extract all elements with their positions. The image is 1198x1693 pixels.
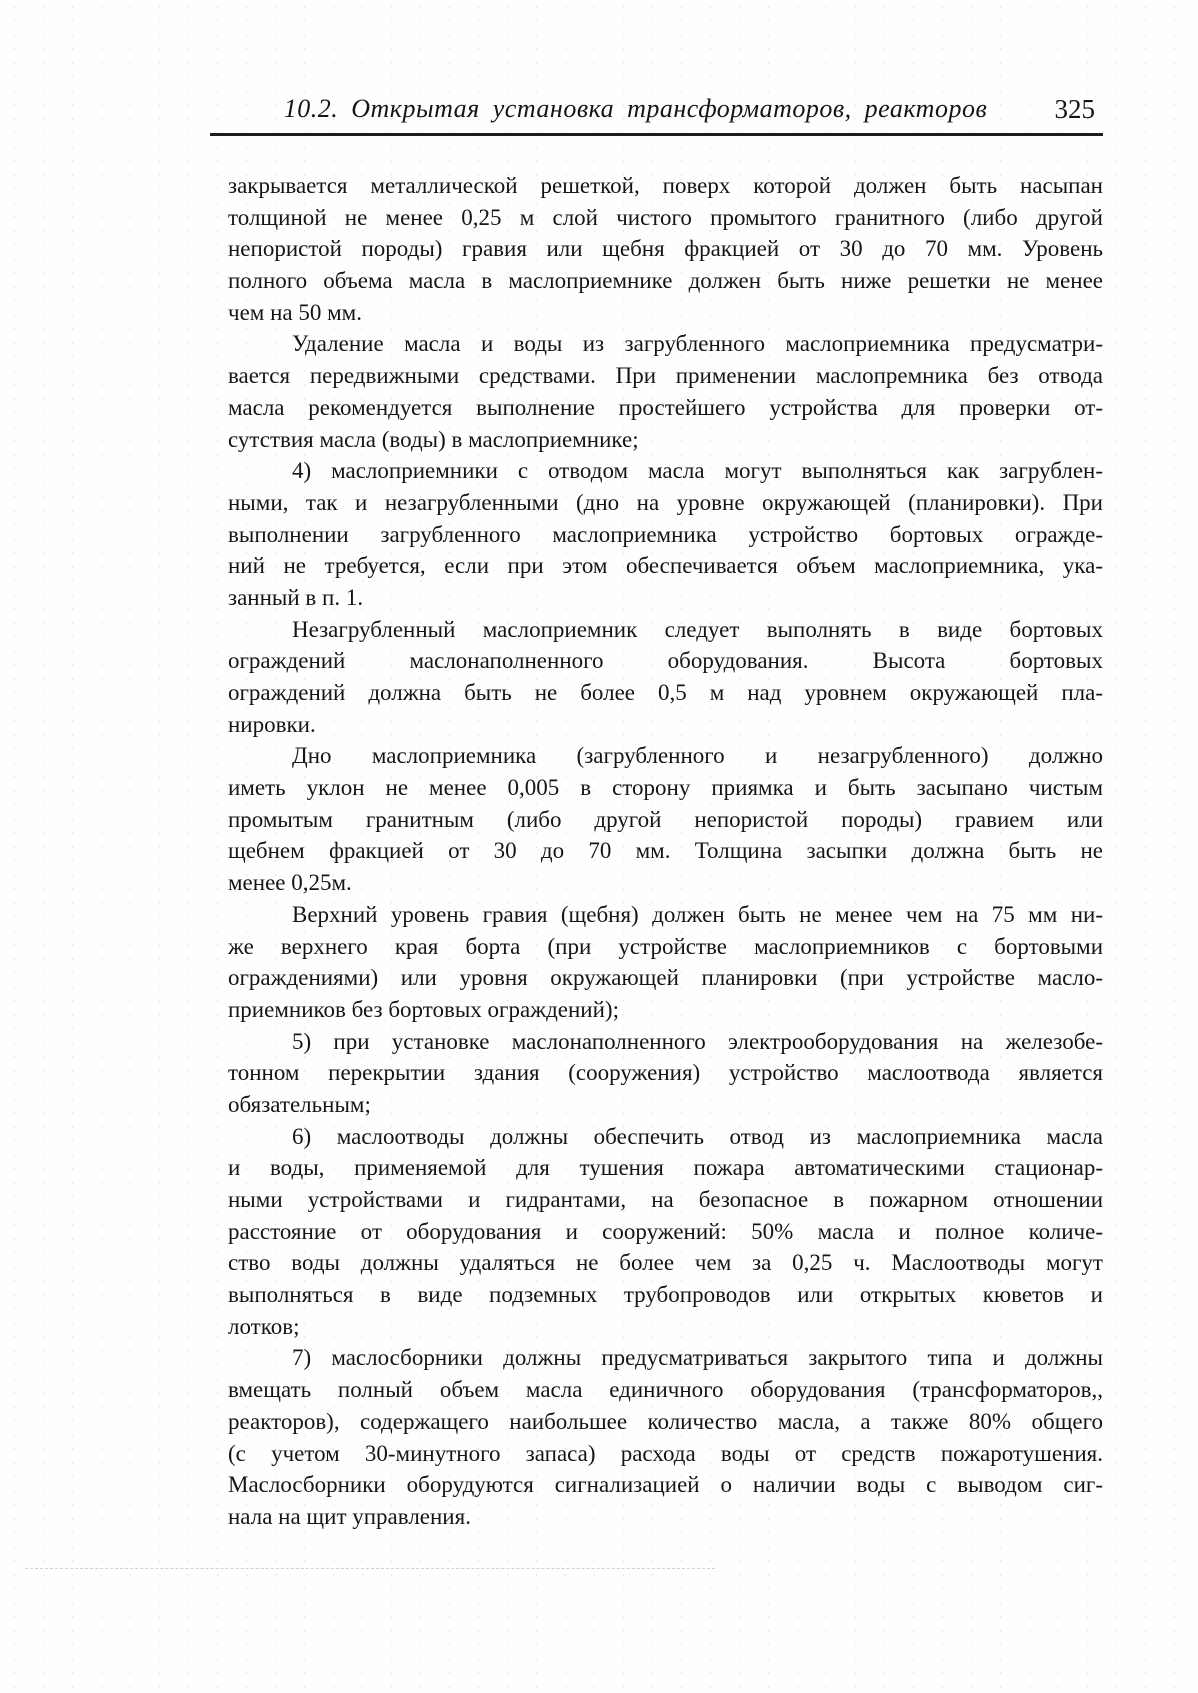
text-line: Незагрубленный маслоприемник следует вып… xyxy=(228,614,1103,646)
section-title: 10.2. Открытая установка трансформаторов… xyxy=(228,94,1043,124)
text-line: менее 0,25м. xyxy=(228,867,1103,899)
text-line: вается передвижными средствами. При прим… xyxy=(228,360,1103,392)
text-line: ограждений маслонаполненного оборудовани… xyxy=(228,645,1103,677)
text-line: ными, так и незагрубленными (дно на уров… xyxy=(228,487,1103,519)
header-rule xyxy=(210,133,1103,136)
text-line: промытым гранитным (либо другой непорист… xyxy=(228,804,1103,836)
text-line: 5) при установке маслонаполненного элект… xyxy=(228,1026,1103,1058)
text-line: сутствия масла (воды) в маслоприемнике; xyxy=(228,424,1103,456)
scanned-book-page: 10.2. Открытая установка трансформаторов… xyxy=(0,0,1198,1693)
scan-artifact-line xyxy=(25,1568,715,1569)
paragraph: Незагрубленный маслоприемник следует вып… xyxy=(228,614,1103,741)
text-line: Верхний уровень гравия (щебня) должен бы… xyxy=(228,899,1103,931)
text-line: расстояние от оборудования и сооружений:… xyxy=(228,1216,1103,1248)
text-line: ными устройствами и гидрантами, на безоп… xyxy=(228,1184,1103,1216)
page-header: 10.2. Открытая установка трансформаторов… xyxy=(228,94,1103,128)
text-line: Маслосборники оборудуются сигнализацией … xyxy=(228,1469,1103,1501)
text-line: чем на 50 мм. xyxy=(228,297,1103,329)
text-line: нала на щит управления. xyxy=(228,1501,1103,1533)
text-line: 7) маслосборники должны предусматриватьс… xyxy=(228,1342,1103,1374)
text-line: занный в п. 1. xyxy=(228,582,1103,614)
paragraph: Удаление масла и воды из загрубленного м… xyxy=(228,328,1103,455)
paragraph: 6) маслоотводы должны обеспечить отвод и… xyxy=(228,1121,1103,1343)
paragraph: Дно маслоприемника (загрубленного и неза… xyxy=(228,740,1103,898)
text-line: (с учетом 30-минутного запаса) расхода в… xyxy=(228,1438,1103,1470)
page-number: 325 xyxy=(1055,94,1096,125)
text-line: Дно маслоприемника (загрубленного и неза… xyxy=(228,740,1103,772)
text-line: приемников без бортовых ограждений); xyxy=(228,994,1103,1026)
paragraph: 4) маслоприемники с отводом масла могут … xyxy=(228,455,1103,613)
text-line: ний не требуется, если при этом обеспечи… xyxy=(228,550,1103,582)
text-line: обязательным; xyxy=(228,1089,1103,1121)
text-line: ство воды должны удаляться не более чем … xyxy=(228,1247,1103,1279)
paragraph: 7) маслосборники должны предусматриватьс… xyxy=(228,1342,1103,1532)
text-line: Удаление масла и воды из загрубленного м… xyxy=(228,328,1103,360)
text-line: ограждениями) или уровня окружающей план… xyxy=(228,962,1103,994)
paragraph: закрывается металлической решеткой, пове… xyxy=(228,170,1103,328)
text-line: реакторов), содержащего наибольшее колич… xyxy=(228,1406,1103,1438)
text-line: выполнении загрубленного маслоприемника … xyxy=(228,519,1103,551)
text-line: 6) маслоотводы должны обеспечить отвод и… xyxy=(228,1121,1103,1153)
text-line: нировки. xyxy=(228,709,1103,741)
text-line: лотков; xyxy=(228,1311,1103,1343)
paragraph: Верхний уровень гравия (щебня) должен бы… xyxy=(228,899,1103,1026)
text-line: 4) маслоприемники с отводом масла могут … xyxy=(228,455,1103,487)
text-line: непористой породы) гравия или щебня фрак… xyxy=(228,233,1103,265)
page-body: закрывается металлической решеткой, пове… xyxy=(228,170,1103,1533)
text-line: же верхнего края борта (при устройстве м… xyxy=(228,931,1103,963)
text-line: ограждений должна быть не более 0,5 м на… xyxy=(228,677,1103,709)
text-line: масла рекомендуется выполнение простейше… xyxy=(228,392,1103,424)
paragraph: 5) при установке маслонаполненного элект… xyxy=(228,1026,1103,1121)
text-line: щебнем фракцией от 30 до 70 мм. Толщина … xyxy=(228,835,1103,867)
text-line: вмещать полный объем масла единичного об… xyxy=(228,1374,1103,1406)
text-line: и воды, применяемой для тушения пожара а… xyxy=(228,1152,1103,1184)
text-line: закрывается металлической решеткой, пове… xyxy=(228,170,1103,202)
text-line: иметь уклон не менее 0,005 в сторону при… xyxy=(228,772,1103,804)
text-line: полного объема масла в маслоприемнике до… xyxy=(228,265,1103,297)
text-line: тонном перекрытии здания (сооружения) ус… xyxy=(228,1057,1103,1089)
text-line: выполняться в виде подземных трубопровод… xyxy=(228,1279,1103,1311)
text-line: толщиной не менее 0,25 м слой чистого пр… xyxy=(228,202,1103,234)
